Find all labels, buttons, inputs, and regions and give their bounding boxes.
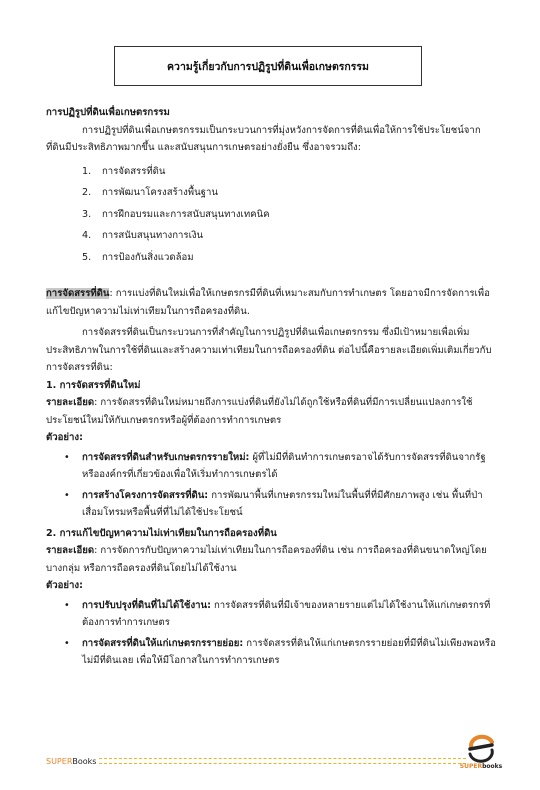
section-detail: รายละเอียด: การจัดสรรที่ดินใหม่หมายถึงกา…: [46, 394, 498, 429]
example-list: •การปรับปรุงที่ดินที่ไม่ได้ใช้งาน: การจั…: [46, 597, 498, 670]
example-item: •การจัดสรรที่ดินให้แก่เกษตรกรรายย่อย: กา…: [46, 635, 498, 670]
document-page: ความรู้เกี่ยวกับการปฏิรูปที่ดินเพื่อเกษต…: [0, 0, 540, 790]
list-item: 4.การสนับสนุนทางการเงิน: [46, 225, 498, 247]
example-item: •การสร้างโครงการจัดสรรที่ดิน: การพัฒนาพื…: [46, 487, 498, 522]
list-item: 1.การจัดสรรที่ดิน: [46, 161, 498, 183]
title-box: ความรู้เกี่ยวกับการปฏิรูปที่ดินเพื่อเกษต…: [114, 46, 422, 86]
superbooks-logo: SUPERbooks: [456, 734, 506, 770]
section-detail: รายละเอียด: การจัดการกับปัญหาความไม่เท่า…: [46, 542, 498, 577]
bullet-icon: •: [64, 635, 70, 653]
list-text: การป้องกันสิ่งแวดล้อม: [102, 252, 194, 263]
document-body: การปฏิรูปที่ดินเพื่อเกษตรกรรม การปฏิรูปท…: [46, 104, 498, 673]
logo-swoosh-icon: [456, 734, 506, 764]
example-list: •การจัดสรรที่ดินสำหรับเกษตรกรรายใหม่: ผู…: [46, 449, 498, 522]
section-heading: 1. การจัดสรรที่ดินใหม่: [46, 377, 498, 395]
footer-brand-super: SUPER: [46, 757, 72, 766]
list-text: การจัดสรรที่ดิน: [102, 166, 165, 177]
list-text: การพัฒนาโครงสร้างพื้นฐาน: [102, 187, 218, 198]
highlighted-term: การจัดสรรที่ดิน: [46, 288, 109, 299]
bullet-icon: •: [64, 487, 70, 505]
list-item: 3.การฝึกอบรมและการสนับสนุนทางเทคนิค: [46, 204, 498, 226]
intro-list: 1.การจัดสรรที่ดิน 2.การพัฒนาโครงสร้างพื้…: [46, 161, 498, 269]
detail-text: : การจัดสรรที่ดินใหม่หมายถึงการแบ่งที่ดิ…: [46, 397, 473, 426]
footer-brand-books: Books: [72, 757, 96, 766]
list-number: 2.: [82, 182, 102, 204]
example-label: ตัวอย่าง:: [46, 429, 498, 447]
logo-super: SUPER: [460, 763, 482, 770]
document-title: ความรู้เกี่ยวกับการปฏิรูปที่ดินเพื่อเกษต…: [167, 58, 369, 75]
example-item: •การปรับปรุงที่ดินที่ไม่ได้ใช้งาน: การจั…: [46, 597, 498, 632]
list-text: การฝึกอบรมและการสนับสนุนทางเทคนิค: [102, 209, 270, 220]
logo-label: SUPERbooks: [456, 763, 506, 770]
intro-paragraph: การปฏิรูปที่ดินเพื่อเกษตรกรรมเป็นกระบวนก…: [46, 122, 498, 157]
definition-text: : การแบ่งที่ดินใหม่เพื่อให้เกษตรกรมีที่ด…: [46, 288, 490, 317]
intro-heading: การปฏิรูปที่ดินเพื่อเกษตรกรรม: [46, 104, 498, 122]
logo-books: books: [482, 763, 502, 770]
example-term: การสร้างโครงการจัดสรรที่ดิน:: [82, 490, 208, 501]
page-footer: SUPERBooks: [46, 753, 466, 769]
list-text: การสนับสนุนทางการเงิน: [102, 230, 203, 241]
example-item: •การจัดสรรที่ดินสำหรับเกษตรกรรายใหม่: ผู…: [46, 449, 498, 484]
list-number: 1.: [82, 161, 102, 183]
detail-text: : การจัดการกับปัญหาความไม่เท่าเทียมในการ…: [46, 545, 487, 574]
detail-label: รายละเอียด: [46, 545, 94, 556]
allocation-paragraph: การจัดสรรที่ดินเป็นกระบวนการที่สำคัญในกา…: [46, 324, 498, 377]
footer-divider: [99, 758, 466, 764]
list-number: 4.: [82, 225, 102, 247]
bullet-icon: •: [64, 597, 70, 615]
bullet-icon: •: [64, 449, 70, 467]
section-heading: 2. การแก้ไขปัญหาความไม่เท่าเทียมในการถือ…: [46, 525, 498, 543]
allocation-definition: การจัดสรรที่ดิน: การแบ่งที่ดินใหม่เพื่อใ…: [46, 285, 498, 320]
example-label: ตัวอย่าง:: [46, 577, 498, 595]
detail-label: รายละเอียด: [46, 397, 94, 408]
example-term: การจัดสรรที่ดินให้แก่เกษตรกรรายย่อย:: [82, 638, 243, 649]
list-number: 5.: [82, 247, 102, 269]
example-term: การจัดสรรที่ดินสำหรับเกษตรกรรายใหม่:: [82, 452, 249, 463]
list-item: 2.การพัฒนาโครงสร้างพื้นฐาน: [46, 182, 498, 204]
list-number: 3.: [82, 204, 102, 226]
list-item: 5.การป้องกันสิ่งแวดล้อม: [46, 247, 498, 269]
spacer: [46, 268, 498, 285]
example-term: การปรับปรุงที่ดินที่ไม่ได้ใช้งาน:: [82, 600, 211, 611]
